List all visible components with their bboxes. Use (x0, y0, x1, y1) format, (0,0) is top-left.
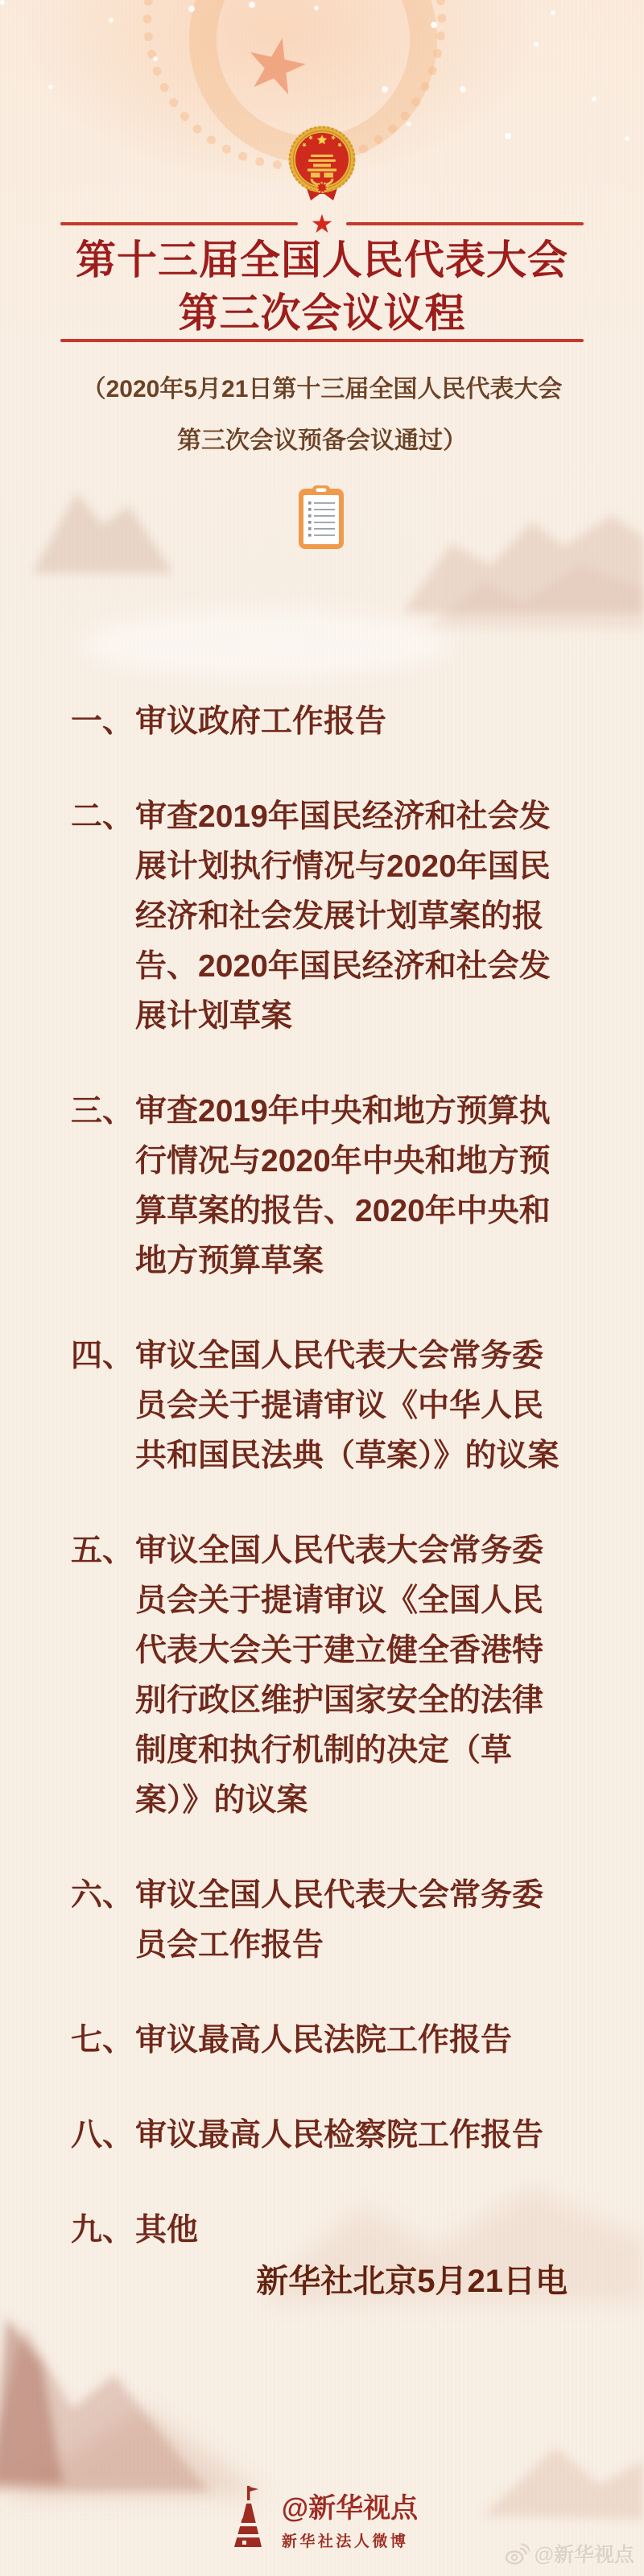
divider-line (346, 222, 584, 225)
item-text: 审查2019年中央和地方预算执行情况与2020年中央和地方预算草案的报告、202… (135, 1087, 574, 1286)
weibo-icon (504, 2541, 530, 2566)
item-text: 其他 (135, 2206, 574, 2256)
xinhua-tower-icon (226, 2486, 271, 2550)
item-number: 六、 (71, 1871, 135, 1971)
agenda-item-2: 二、审查2019年国民经济和社会发展计划执行情况与2020年国民经济和社会发展计… (71, 792, 586, 1042)
watermark: @新华视点 (504, 2539, 634, 2568)
item-number: 二、 (71, 792, 135, 1042)
china-national-emblem-icon (287, 122, 357, 203)
dateline: 新华社北京5月21日电 (256, 2256, 568, 2301)
weibo-handle: @新华视点 (282, 2492, 418, 2524)
agenda-item-4: 四、审议全国人民代表大会常务委员会关于提请审议《中华人民共和国民法典（草案）》的… (71, 1331, 586, 1481)
item-text: 审议政府工作报告 (135, 697, 574, 747)
agenda-clipboard-icon (296, 484, 346, 551)
page-title-line2: 第三次会议议程 (0, 287, 644, 340)
subtitle-line2: 第三次会议预备会议通过） (0, 415, 644, 467)
title-underline (60, 339, 584, 342)
agenda-item-1: 一、审议政府工作报告 (71, 697, 586, 747)
agenda-item-5: 五、审议全国人民代表大会常务委员会关于提请审议《全国人民代表大会关于建立健全香港… (71, 1526, 586, 1826)
item-text: 审议全国人民代表大会常务委员会关于提请审议《中华人民共和国民法典（草案）》的议案 (135, 1331, 574, 1481)
divider-line (60, 222, 298, 225)
item-number: 七、 (71, 2016, 135, 2066)
item-number: 三、 (71, 1087, 135, 1286)
agenda-item-7: 七、审议最高人民法院工作报告 (71, 2016, 586, 2066)
item-number: 九、 (71, 2206, 135, 2256)
subtitle-line1: （2020年5月21日第十三届全国人民代表大会 (0, 364, 644, 415)
item-text: 审查2019年国民经济和社会发展计划执行情况与2020年国民经济和社会发展计划草… (135, 792, 574, 1042)
page-title: 第十三届全国人民代表大会 第三次会议议程 (0, 233, 644, 340)
item-number: 八、 (71, 2111, 135, 2161)
npc-agenda-poster: ★ (0, 0, 644, 2576)
agenda-item-3: 三、审查2019年中央和地方预算执行情况与2020年中央和地方预算草案的报告、2… (71, 1087, 586, 1286)
agenda-item-8: 八、审议最高人民检察院工作报告 (71, 2111, 586, 2161)
subtitle: （2020年5月21日第十三届全国人民代表大会 第三次会议预备会议通过） (0, 364, 644, 467)
item-number: 五、 (71, 1526, 135, 1826)
item-number: 一、 (71, 697, 135, 747)
agenda-item-6: 六、审议全国人民代表大会常务委员会工作报告 (71, 1871, 586, 1971)
page-title-line1: 第十三届全国人民代表大会 (0, 233, 644, 287)
item-number: 四、 (71, 1331, 135, 1481)
item-text: 审议最高人民法院工作报告 (135, 2016, 574, 2066)
item-text: 审议全国人民代表大会常务委员会工作报告 (135, 1871, 574, 1971)
item-text: 审议全国人民代表大会常务委员会关于提请审议《全国人民代表大会关于建立健全香港特别… (135, 1526, 574, 1826)
watermark-text: @新华视点 (535, 2539, 634, 2568)
item-text: 审议最高人民检察院工作报告 (135, 2111, 574, 2161)
agenda-list: 一、审议政府工作报告 二、审查2019年国民经济和社会发展计划执行情况与2020… (71, 697, 586, 2301)
agenda-item-9: 九、其他 (71, 2206, 586, 2256)
weibo-handle-subtitle: 新华社法人微博 (282, 2529, 418, 2551)
